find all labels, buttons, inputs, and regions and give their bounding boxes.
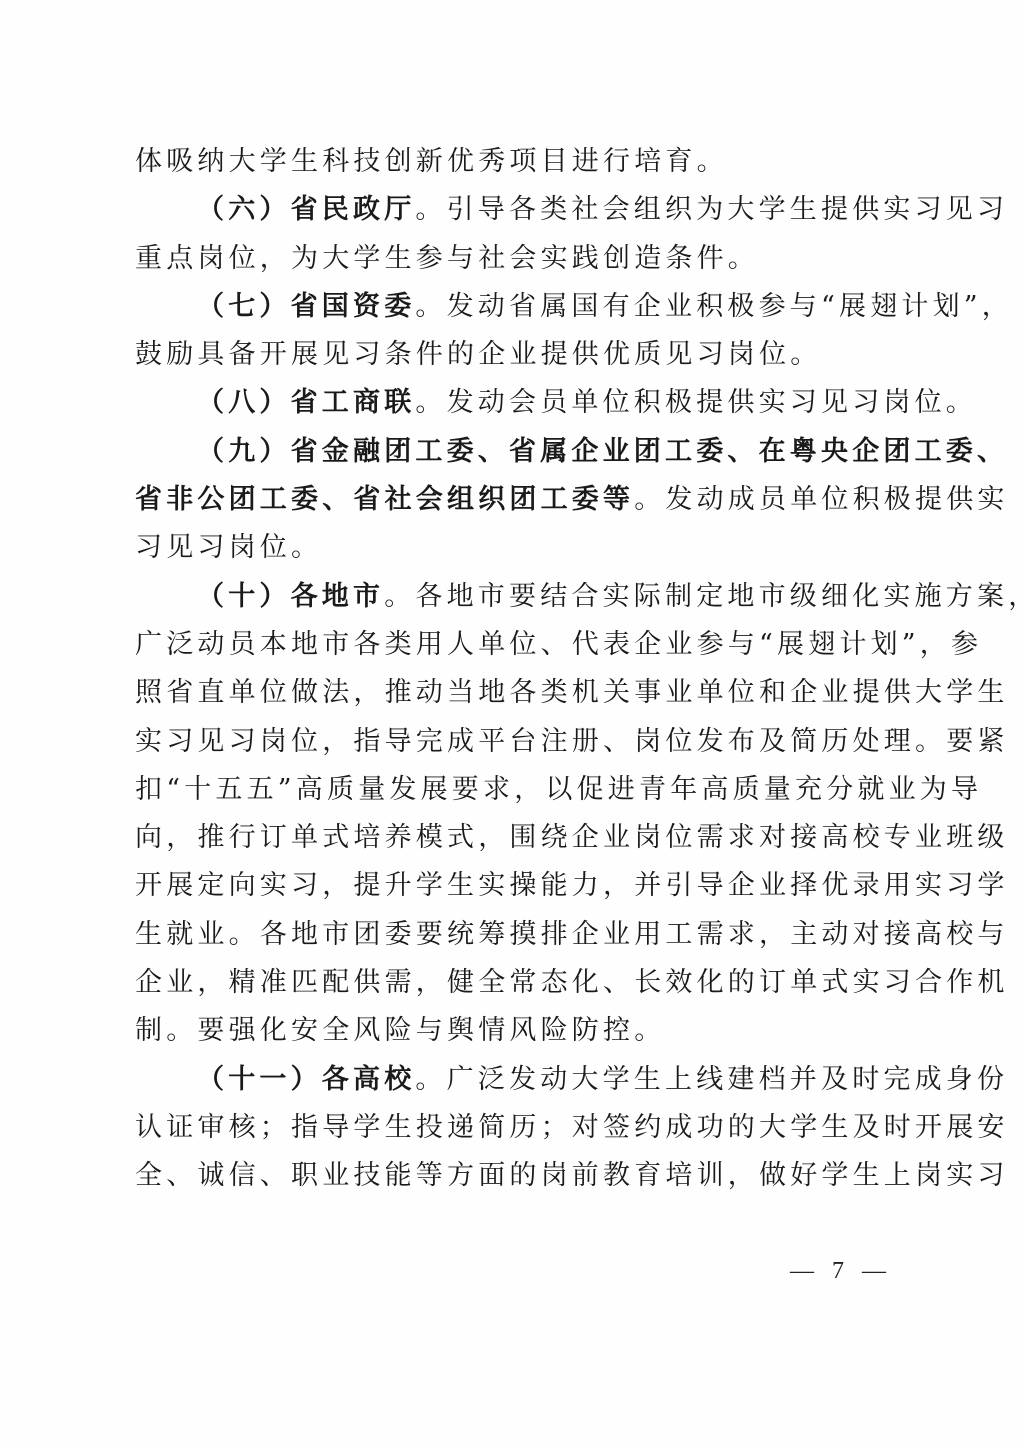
- line-text: 鼓励具备开展见习条件的企业提供优质见习岗位。: [135, 339, 821, 370]
- line-text: 扣“十五五”高质量发展要求，以促进青年高质量充分就业为导: [135, 774, 982, 805]
- line-text: 广泛动员本地市各类用人单位、代表企业参与“展翅计划”，参: [135, 629, 982, 660]
- paragraph-line: 认证审核；指导学生投递简历；对签约成功的大学生及时开展安: [135, 1104, 891, 1152]
- page-number: — 7 —: [790, 1258, 892, 1285]
- section-heading: （十一）各高校: [197, 1064, 415, 1095]
- section-heading: （九）省金融团工委、省属企业团工委、在粤央企团工委、: [197, 436, 1008, 467]
- line-text: 制。要强化安全风险与舆情风险防控。: [135, 1015, 665, 1046]
- paragraph-line: （十）各地市。各地市要结合实际制定地市级细化实施方案，: [135, 573, 891, 621]
- body-text: 体吸纳大学生科技创新优秀项目进行培育。 （六）省民政厅。引导各类社会组织为大学生…: [135, 138, 891, 1201]
- paragraph-line: 广泛动员本地市各类用人单位、代表企业参与“展翅计划”，参: [135, 621, 891, 669]
- line-text: 。发动成员单位积极提供实: [634, 484, 1008, 515]
- section-heading: （六）省民政厅: [197, 194, 415, 225]
- section-heading: （七）省国资委: [197, 291, 415, 322]
- paragraph-line: （九）省金融团工委、省属企业团工委、在粤央企团工委、: [135, 428, 891, 476]
- line-text: 体吸纳大学生科技创新优秀项目进行培育。: [135, 146, 728, 177]
- line-text: 企业，精准匹配供需，健全常态化、长效化的订单式实习合作机: [135, 967, 1009, 998]
- line-text: 。发动会员单位积极提供实习见习岗位。: [415, 387, 977, 418]
- paragraph-line: 体吸纳大学生科技创新优秀项目进行培育。: [135, 138, 891, 186]
- line-text: 。各地市要结合实际制定地市级细化实施方案，: [384, 581, 1024, 612]
- line-text: 开展定向实习，提升学生实操能力，并引导企业择优录用实习学: [135, 870, 1009, 901]
- section-heading: （十）各地市: [197, 581, 384, 612]
- paragraph-line: （十一）各高校。广泛发动大学生上线建档并及时完成身份: [135, 1056, 891, 1104]
- paragraph-line: 实习见习岗位，指导完成平台注册、岗位发布及简历处理。要紧: [135, 718, 891, 766]
- line-text: 重点岗位，为大学生参与社会实践创造条件。: [135, 243, 759, 274]
- line-text: 。广泛发动大学生上线建档并及时完成身份: [415, 1064, 1008, 1095]
- paragraph-line: 企业，精准匹配供需，健全常态化、长效化的订单式实习合作机: [135, 959, 891, 1007]
- paragraph-line: （八）省工商联。发动会员单位积极提供实习见习岗位。: [135, 379, 891, 427]
- paragraph-line: 鼓励具备开展见习条件的企业提供优质见习岗位。: [135, 331, 891, 379]
- paragraph-line: 习见习岗位。: [135, 524, 891, 572]
- line-text: 向，推行订单式培养模式，围绕企业岗位需求对接高校专业班级: [135, 822, 1009, 853]
- section-heading: 省非公团工委、省社会组织团工委等: [135, 484, 634, 515]
- paragraph-line: 重点岗位，为大学生参与社会实践创造条件。: [135, 235, 891, 283]
- section-heading: （八）省工商联: [197, 387, 415, 418]
- paragraph-line: 生就业。各地市团委要统筹摸排企业用工需求，主动对接高校与: [135, 911, 891, 959]
- paragraph-line: 扣“十五五”高质量发展要求，以促进青年高质量充分就业为导: [135, 766, 891, 814]
- paragraph-line: 向，推行订单式培养模式，围绕企业岗位需求对接高校专业班级: [135, 814, 891, 862]
- line-text: 。发动省属国有企业积极参与“展翅计划”，: [415, 291, 1013, 322]
- line-text: 实习见习岗位，指导完成平台注册、岗位发布及简历处理。要紧: [135, 726, 1009, 757]
- line-text: 照省直单位做法，推动当地各类机关事业单位和企业提供大学生: [135, 677, 1009, 708]
- line-text: 认证审核；指导学生投递简历；对签约成功的大学生及时开展安: [135, 1112, 1009, 1143]
- line-text: 。引导各类社会组织为大学生提供实习见习: [415, 194, 1008, 225]
- paragraph-line: 照省直单位做法，推动当地各类机关事业单位和企业提供大学生: [135, 669, 891, 717]
- line-text: 生就业。各地市团委要统筹摸排企业用工需求，主动对接高校与: [135, 919, 1009, 950]
- paragraph-line: （六）省民政厅。引导各类社会组织为大学生提供实习见习: [135, 186, 891, 234]
- paragraph-line: 省非公团工委、省社会组织团工委等。发动成员单位积极提供实: [135, 476, 891, 524]
- paragraph-line: 开展定向实习，提升学生实操能力，并引导企业择优录用实习学: [135, 862, 891, 910]
- line-text: 全、诚信、职业技能等方面的岗前教育培训，做好学生上岗实习: [135, 1160, 1009, 1191]
- line-text: 习见习岗位。: [135, 532, 322, 563]
- document-page: 体吸纳大学生科技创新优秀项目进行培育。 （六）省民政厅。引导各类社会组织为大学生…: [0, 0, 1024, 1448]
- paragraph-line: 全、诚信、职业技能等方面的岗前教育培训，做好学生上岗实习: [135, 1152, 891, 1200]
- paragraph-line: 制。要强化安全风险与舆情风险防控。: [135, 1007, 891, 1055]
- paragraph-line: （七）省国资委。发动省属国有企业积极参与“展翅计划”，: [135, 283, 891, 331]
